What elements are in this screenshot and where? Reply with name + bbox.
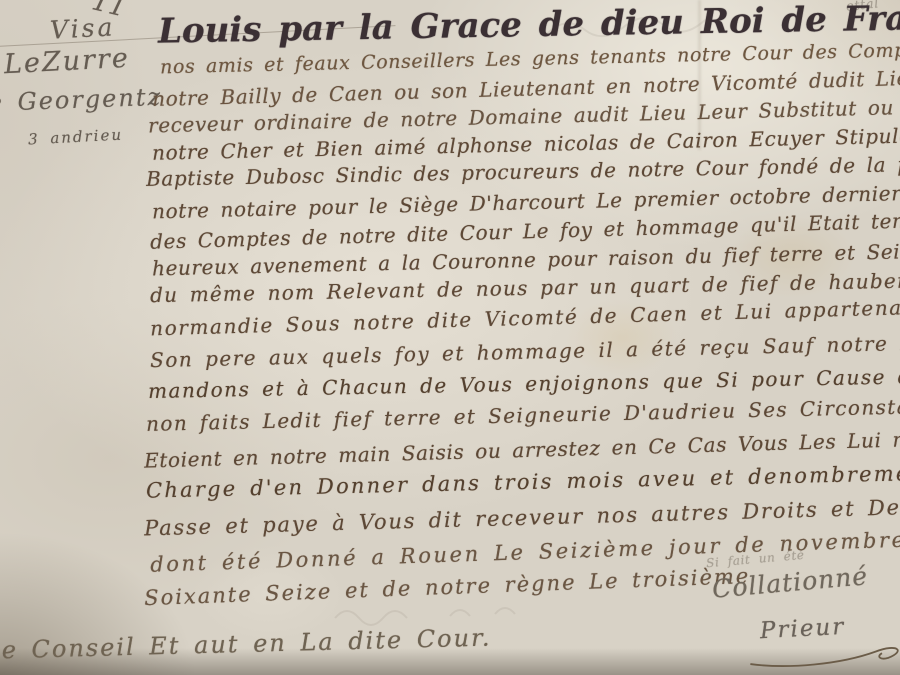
- margin-fief-note: 3 andrieu: [28, 126, 124, 149]
- manuscript-photo: 11 Visa LeZurre ie Georgentz 3 andrieu e…: [0, 0, 900, 675]
- margin-registrar-signature: ie Georgentz: [0, 83, 163, 117]
- closing-line: le Conseil Et aut en La dite Cour.: [0, 623, 492, 664]
- ink-bleedthrough-mark: [330, 598, 550, 628]
- margin-visa-note: Visa: [49, 12, 116, 44]
- margin-clerk-signature: LeZurre: [3, 43, 130, 81]
